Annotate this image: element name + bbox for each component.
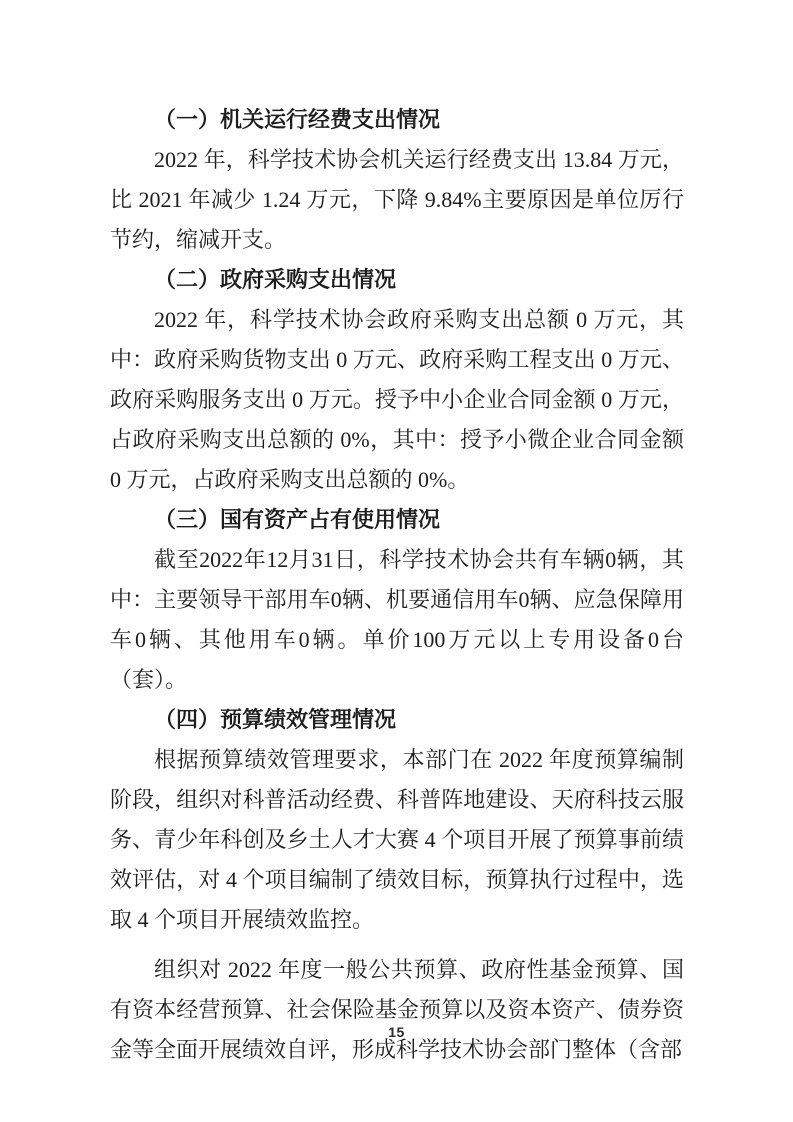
section-3-heading: （三）国有资产占有使用情况 (110, 500, 684, 540)
section-2-paragraph-1: 2022 年，科学技术协会政府采购支出总额 0 万元，其中：政府采购货物支出 0… (110, 300, 684, 500)
document-page: （一）机关运行经费支出情况 2022 年，科学技术协会机关运行经费支出 13.8… (0, 0, 793, 1122)
section-3-paragraph-1: 截至2022年12月31日，科学技术协会共有车辆0辆，其中：主要领导干部用车0辆… (110, 540, 684, 700)
section-4-paragraph-2: 组织对 2022 年度一般公共预算、政府性基金预算、国有资本经营预算、社会保险基… (110, 950, 684, 1070)
document-body: （一）机关运行经费支出情况 2022 年，科学技术协会机关运行经费支出 13.8… (110, 100, 684, 1070)
section-4-paragraph-1: 根据预算绩效管理要求，本部门在 2022 年度预算编制阶段，组织对科普活动经费、… (110, 740, 684, 940)
page-number: 15 (0, 1024, 793, 1040)
section-4-heading: （四）预算绩效管理情况 (110, 700, 684, 740)
section-1-paragraph-1: 2022 年，科学技术协会机关运行经费支出 13.84 万元，比 2021 年减… (110, 140, 684, 260)
section-2-heading: （二）政府采购支出情况 (110, 260, 684, 300)
section-1-heading: （一）机关运行经费支出情况 (110, 100, 684, 140)
